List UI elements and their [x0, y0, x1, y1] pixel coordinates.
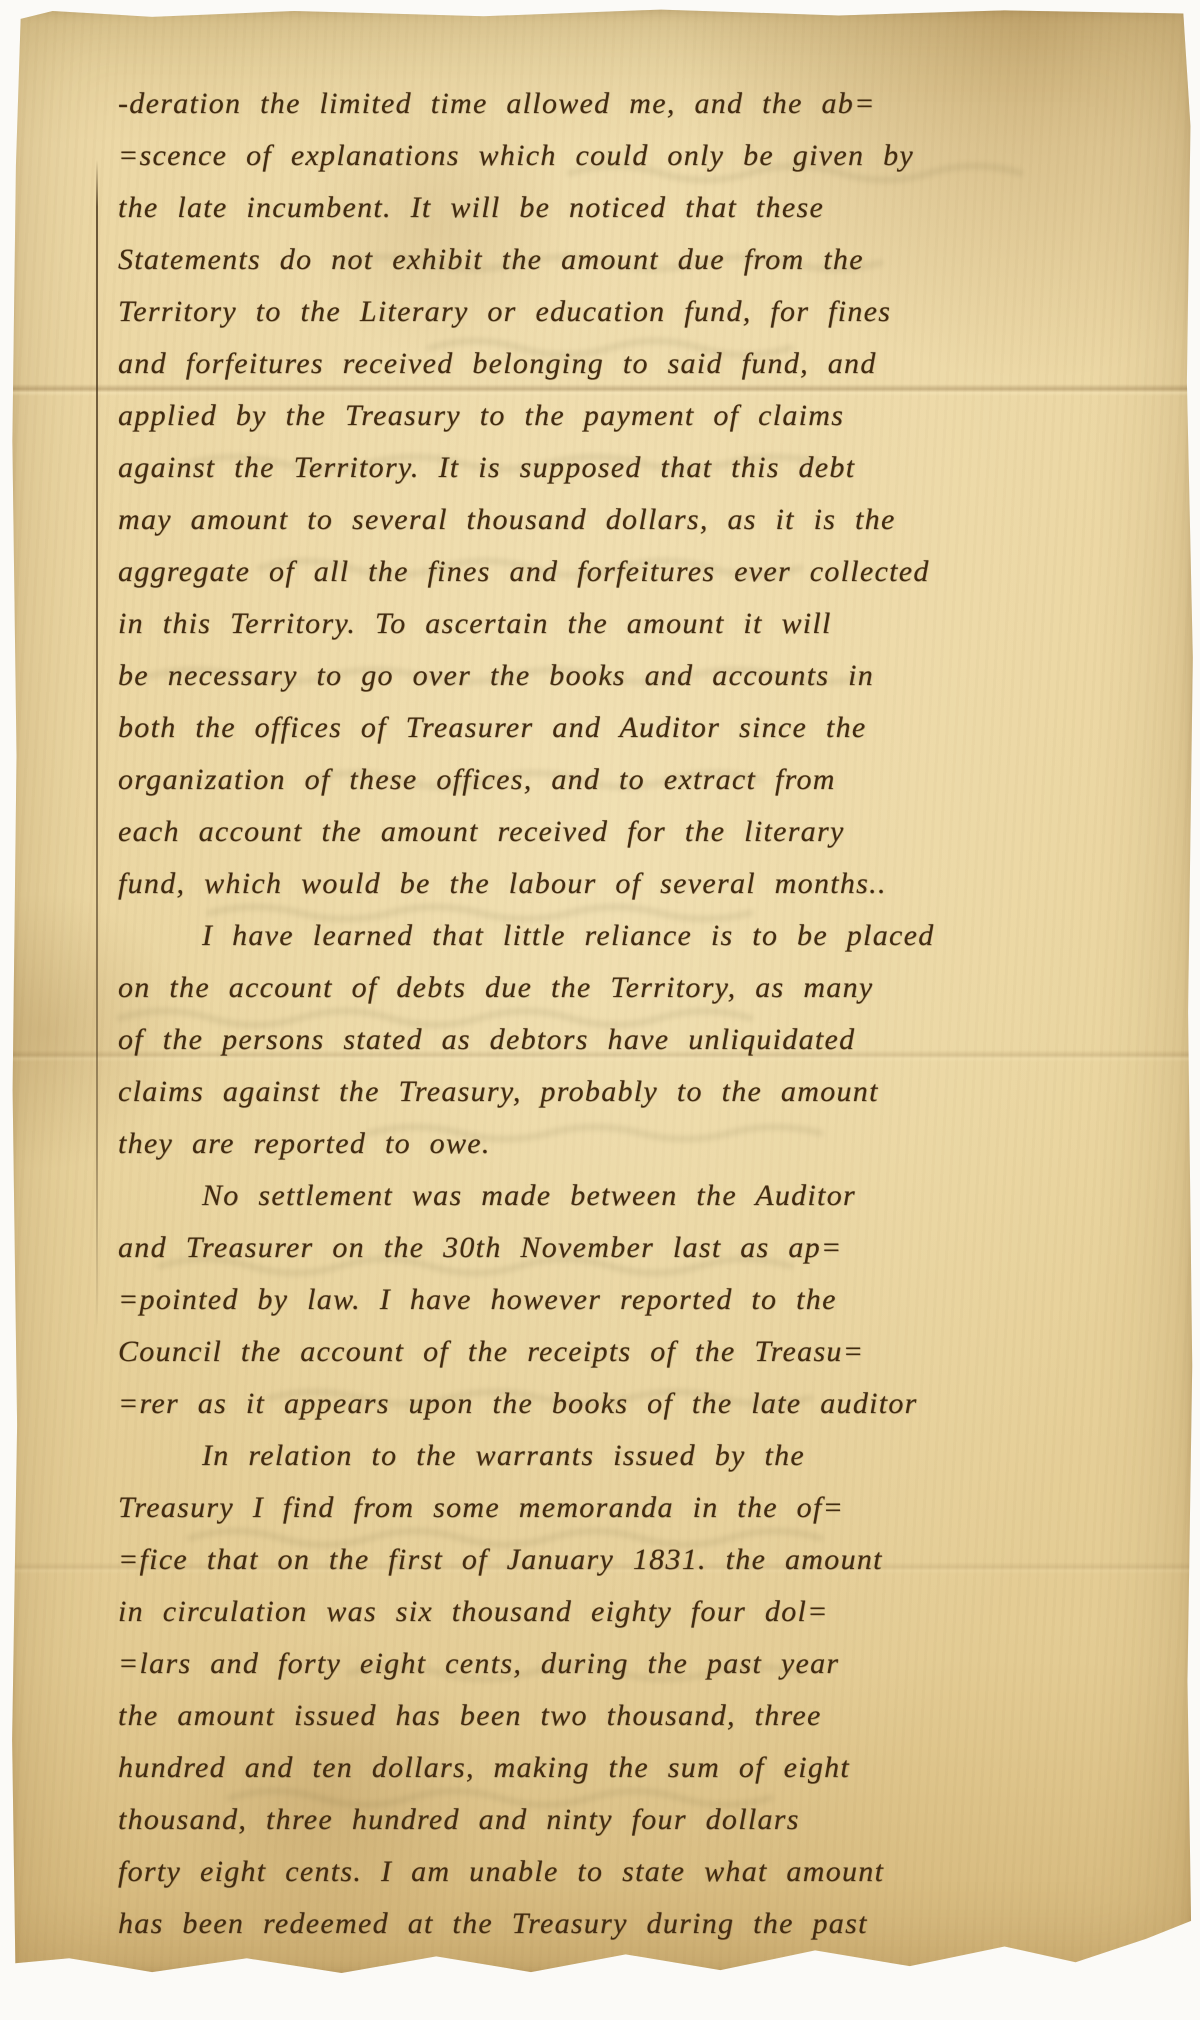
- manuscript-line: in this Territory. To ascertain the amou…: [118, 598, 1128, 650]
- manuscript-page: -deration the limited time allowed me, a…: [10, 8, 1194, 1976]
- manuscript-line: Council the account of the receipts of t…: [118, 1326, 1128, 1378]
- manuscript-line: =scence of explanations which could only…: [118, 130, 1128, 182]
- manuscript-line: aggregate of all the fines and forfeitur…: [118, 546, 1128, 598]
- manuscript-line: they are reported to owe.: [118, 1118, 1128, 1170]
- manuscript-line: =fice that on the first of January 1831.…: [118, 1534, 1128, 1586]
- manuscript-line: may amount to several thousand dollars, …: [118, 494, 1128, 546]
- manuscript-text-block: -deration the limited time allowed me, a…: [118, 78, 1128, 1950]
- manuscript-line: and forfeitures received belonging to sa…: [118, 338, 1128, 390]
- manuscript-line: the amount issued has been two thousand,…: [118, 1690, 1128, 1742]
- scanned-document: -deration the limited time allowed me, a…: [0, 0, 1200, 2020]
- manuscript-line: each account the amount received for the…: [118, 806, 1128, 858]
- manuscript-line: =rer as it appears upon the books of the…: [118, 1378, 1128, 1430]
- manuscript-line: organization of these offices, and to ex…: [118, 754, 1128, 806]
- manuscript-line: on the account of debts due the Territor…: [118, 962, 1128, 1014]
- manuscript-line: I have learned that little reliance is t…: [118, 910, 1128, 962]
- manuscript-line: applied by the Treasury to the payment o…: [118, 390, 1128, 442]
- manuscript-line: No settlement was made between the Audit…: [118, 1170, 1128, 1222]
- manuscript-line: =lars and forty eight cents, during the …: [118, 1638, 1128, 1690]
- manuscript-line: In relation to the warrants issued by th…: [118, 1430, 1128, 1482]
- manuscript-line: Treasury I find from some memoranda in t…: [118, 1482, 1128, 1534]
- manuscript-line: fund, which would be the labour of sever…: [118, 858, 1128, 910]
- manuscript-line: the late incumbent. It will be noticed t…: [118, 182, 1128, 234]
- margin-rule-line: [96, 160, 98, 1330]
- manuscript-line: in circulation was six thousand eighty f…: [118, 1586, 1128, 1638]
- manuscript-line: both the offices of Treasurer and Audito…: [118, 702, 1128, 754]
- manuscript-line: Territory to the Literary or education f…: [118, 286, 1128, 338]
- manuscript-line: thousand, three hundred and ninty four d…: [118, 1794, 1128, 1846]
- manuscript-line: of the persons stated as debtors have un…: [118, 1014, 1128, 1066]
- manuscript-line: hundred and ten dollars, making the sum …: [118, 1742, 1128, 1794]
- manuscript-line: be necessary to go over the books and ac…: [118, 650, 1128, 702]
- manuscript-line: Statements do not exhibit the amount due…: [118, 234, 1128, 286]
- manuscript-line: and Treasurer on the 30th November last …: [118, 1222, 1128, 1274]
- manuscript-line: -deration the limited time allowed me, a…: [118, 78, 1128, 130]
- manuscript-line: against the Territory. It is supposed th…: [118, 442, 1128, 494]
- manuscript-line: has been redeemed at the Treasury during…: [118, 1898, 1128, 1950]
- manuscript-line: =pointed by law. I have however reported…: [118, 1274, 1128, 1326]
- manuscript-line: forty eight cents. I am unable to state …: [118, 1846, 1128, 1898]
- manuscript-line: claims against the Treasury, probably to…: [118, 1066, 1128, 1118]
